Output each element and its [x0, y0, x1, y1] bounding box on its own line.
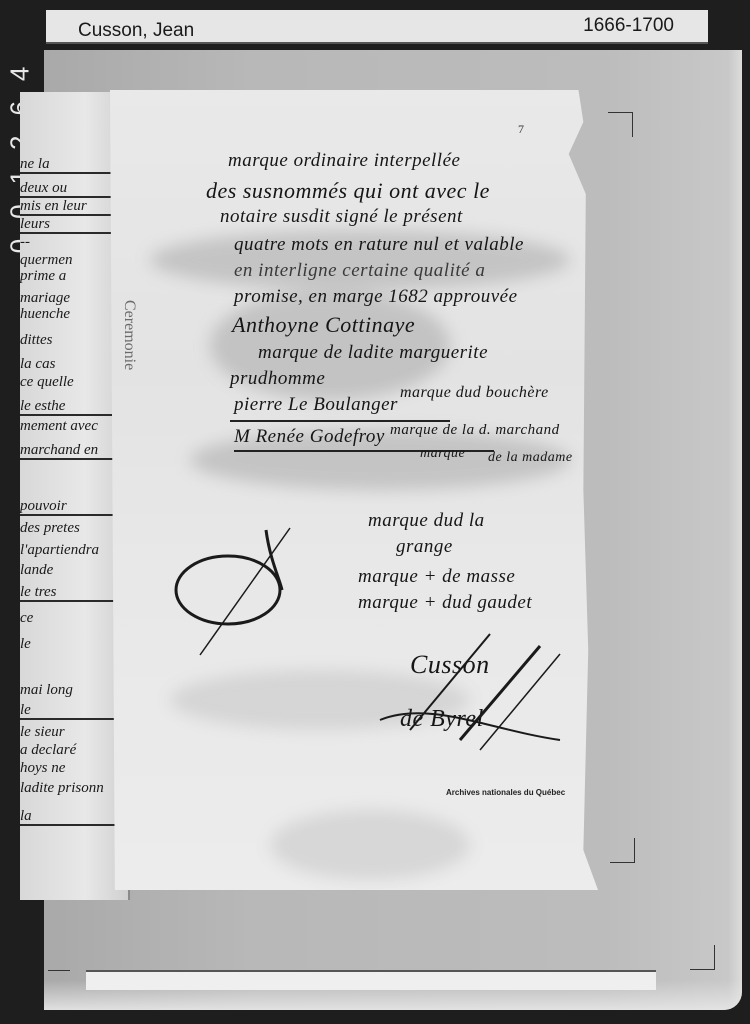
flap-line: leurs: [20, 216, 120, 234]
flap-line: la: [20, 808, 122, 826]
manuscript-line: marque: [420, 446, 465, 462]
flap-line: l'apartiendra: [20, 542, 126, 558]
folio-mark: 7: [518, 122, 524, 137]
manuscript-line: marque de ladite marguerite: [258, 342, 488, 364]
manuscript-line: des susnommés qui ont avec le: [206, 178, 490, 204]
flap-line: hoys ne: [20, 760, 110, 776]
flap-line: ce: [20, 610, 90, 626]
flap-line: le: [20, 636, 70, 652]
manuscript-line: prudhomme: [230, 368, 325, 390]
manuscript-line: de la madame: [488, 450, 573, 466]
manuscript-line: marque dud la: [368, 510, 485, 532]
archive-stamp: Archives nationales du Québec: [446, 788, 565, 797]
flap-line: la cas: [20, 356, 90, 372]
flap-line: lande: [20, 562, 110, 578]
crop-mark-card-bottom-right: [690, 945, 715, 970]
manuscript-line: M Renée Godefroy: [234, 426, 385, 448]
crop-mark-bottom-right: [610, 838, 635, 863]
flap-line: le esthe: [20, 398, 120, 416]
record-label-bar: Cusson, Jean 1666-1700: [46, 10, 708, 44]
flap-line: marchand en: [20, 442, 124, 460]
manuscript-line: marque de la d. marchand: [390, 422, 560, 439]
manuscript-line: pierre Le Boulanger: [234, 394, 398, 416]
flap-line: ce quelle: [20, 374, 100, 390]
crop-mark-card-bottom-left: [48, 970, 70, 971]
flap-line: prime a: [20, 268, 110, 284]
manuscript-line: marque dud bouchère: [400, 384, 549, 402]
flap-line: ne la: [20, 156, 120, 174]
flap-line: mai long: [20, 682, 110, 698]
signature-paraph: [370, 630, 570, 770]
crop-mark-top-right: [608, 112, 633, 137]
manuscript-line: quatre mots en rature nul et valable: [234, 234, 524, 256]
signature-mark-flourish: [170, 520, 310, 660]
manuscript-line: marque ordinaire interpellée: [228, 150, 460, 172]
flap-line: des pretes: [20, 520, 126, 536]
flap-line: le: [20, 702, 114, 720]
manuscript-line: notaire susdit signé le présent: [220, 206, 463, 228]
bottom-label-strip: [86, 970, 656, 990]
flap-line: dittes: [20, 332, 90, 348]
manuscript-page: 7 Ceremonie marque ordinaire interpellée…: [110, 90, 598, 890]
flap-line: --: [20, 234, 122, 250]
water-stain: [270, 810, 470, 880]
flap-line: pouvoir: [20, 498, 120, 516]
flap-line: huenche: [20, 306, 108, 322]
flap-line: mis en leur: [20, 198, 126, 216]
record-person-name: Cusson, Jean: [78, 20, 194, 42]
flap-line: le sieur: [20, 724, 114, 740]
manuscript-line: promise, en marge 1682 approuvée: [234, 286, 518, 308]
manuscript-line: en interligne certaine qualité a: [234, 260, 485, 282]
manuscript-line: grange: [396, 536, 453, 558]
flap-line: mariage: [20, 290, 118, 306]
manuscript-line: marque + de masse: [358, 566, 515, 588]
record-date-range: 1666-1700: [583, 15, 674, 37]
flap-line: mement avec: [20, 418, 120, 434]
margin-pencil-note: Ceremonie: [120, 300, 138, 370]
flap-line: ladite prisonn: [20, 780, 126, 796]
flap-line: le tres: [20, 584, 114, 602]
flap-line: a declaré: [20, 742, 114, 758]
manuscript-line: marque + dud gaudet: [358, 592, 532, 614]
flap-line: deux ou: [20, 180, 126, 198]
flap-line: quermen: [20, 252, 120, 268]
manuscript-signature-line: Anthoyne Cottinaye: [232, 312, 415, 338]
